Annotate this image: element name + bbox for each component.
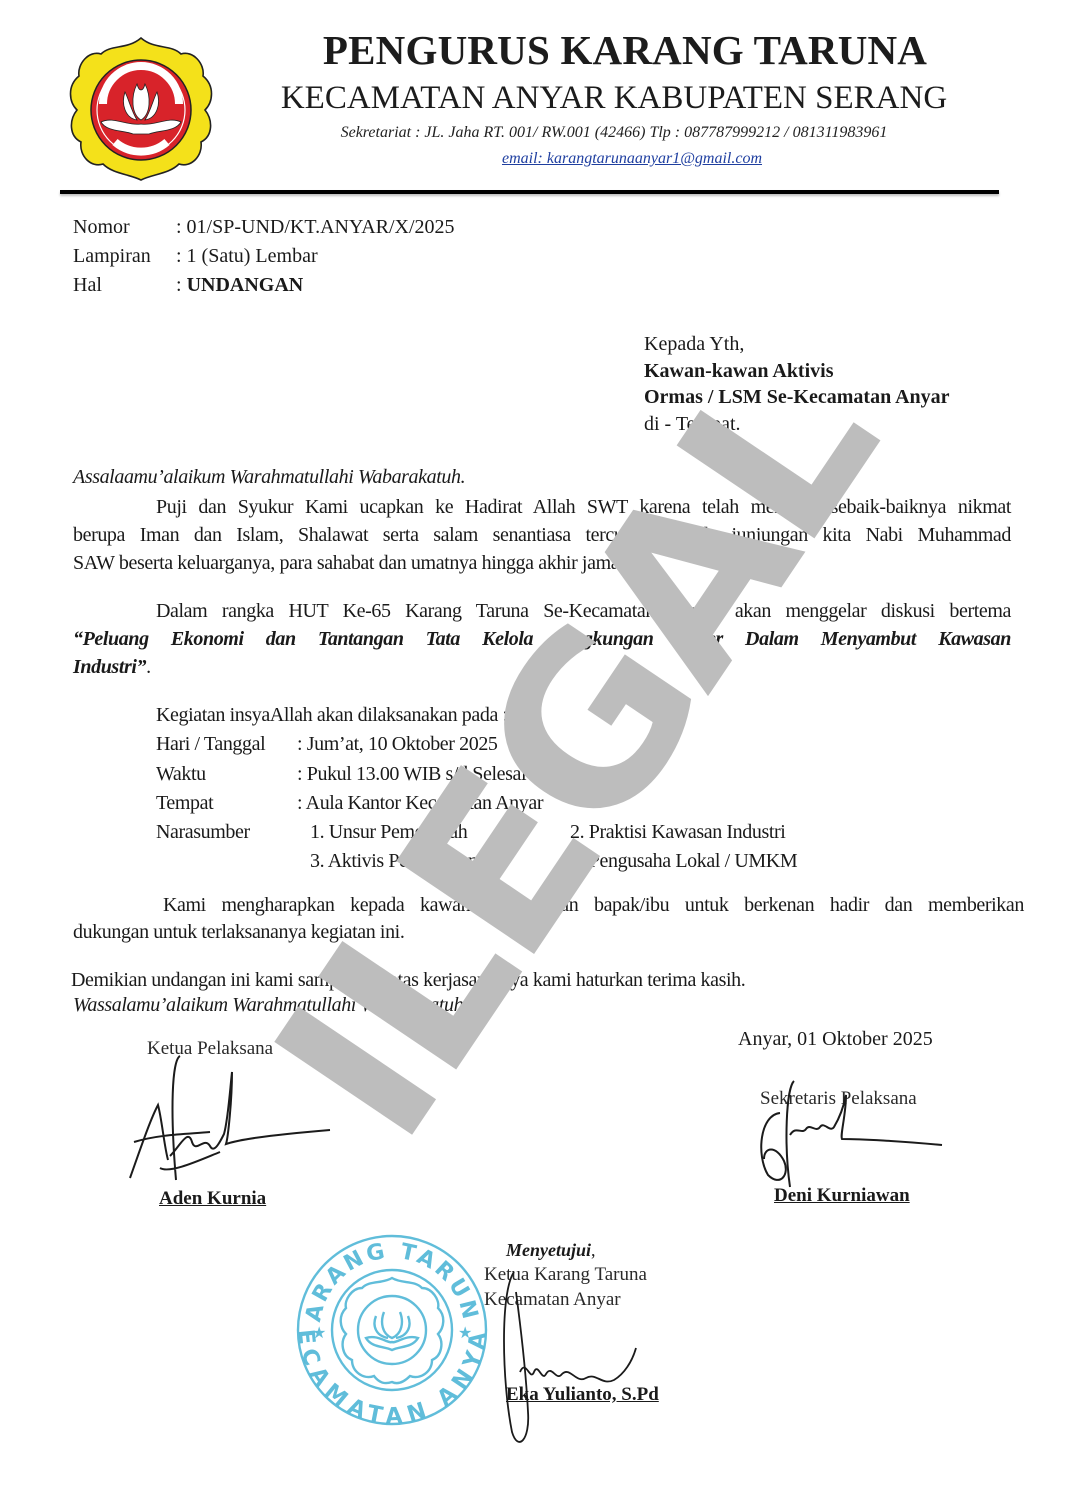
- paragraph-1-line-3: SAW beserta keluarganya, para sahabat da…: [73, 552, 633, 575]
- signature-left-icon: [120, 1050, 340, 1190]
- paragraph-1-line-1: Puji dan Syukur Kami ucapkan ke Hadirat …: [156, 496, 1011, 519]
- paragraph-3-line-1: Kami mengharapkan kepada kawan semua dan…: [163, 894, 1024, 917]
- event-value-time: : Pukul 13.00 WIB s/d Selesai: [297, 763, 526, 786]
- svg-text:★: ★: [458, 1323, 472, 1342]
- meta-hal-subject: UNDANGAN: [187, 274, 304, 296]
- speaker-2: 2. Praktisi Kawasan Industri: [570, 821, 785, 844]
- meta-hal-prefix: :: [176, 274, 187, 296]
- paragraph-1-line-2: berupa Iman dan Islam, Shalawat serta sa…: [73, 524, 1011, 547]
- event-label-place: Tempat: [156, 792, 213, 815]
- event-label-date: Hari / Tanggal: [156, 733, 265, 756]
- signature-approver-icon: [490, 1262, 650, 1452]
- meta-label-hal: Hal: [73, 274, 102, 297]
- recipient-line-3: di - Tempat.: [644, 413, 741, 436]
- event-label-time: Waktu: [156, 763, 206, 786]
- paragraph-2-line-1: Dalam rangka HUT Ke-65 Karang Taruna Se-…: [156, 600, 1011, 623]
- closing-statement: Demikian undangan ini kami sampaikan, at…: [71, 969, 745, 992]
- meta-value-lampiran: : 1 (Satu) Lembar: [176, 245, 318, 268]
- org-address: Sekretariat : JL. Jaha RT. 001/ RW.001 (…: [0, 124, 1080, 142]
- meta-value-hal: : UNDANGAN: [176, 274, 303, 297]
- event-value-place: : Aula Kantor Kecamatan Anyar: [297, 792, 543, 815]
- salutation-open: Assalaamu’alaikum Warahmatullahi Wabarak…: [73, 466, 465, 489]
- speaker-3: 3. Aktivis Pemuda Anyer: [310, 850, 502, 873]
- recipient-greeting: Kepada Yth,: [644, 333, 744, 356]
- meta-label-nomor: Nomor: [73, 216, 130, 239]
- org-subtitle: KECAMATAN ANYAR KABUPATEN SERANG: [0, 80, 1080, 117]
- signature-right-icon: [750, 1075, 950, 1190]
- svg-text:★: ★: [312, 1323, 326, 1342]
- event-label-speakers: Narasumber: [156, 821, 250, 844]
- discussion-theme-line-2: Industri”.: [73, 656, 151, 679]
- approval-heading: Menyetujui,: [506, 1240, 596, 1261]
- letterhead-divider: [60, 190, 999, 194]
- signer-left-name: Aden Kurnia: [159, 1188, 266, 1210]
- discussion-theme-line-1: “Peluang Ekonomi dan Tantangan Tata Kelo…: [73, 628, 1011, 651]
- approver-name: Eka Yulianto, S.Pd: [506, 1384, 659, 1406]
- paragraph-3-line-2: dukungan untuk terlaksananya kegiatan in…: [73, 921, 404, 944]
- speaker-4: 4. Pengusaha Lokal / UMKM: [570, 850, 797, 873]
- karang-taruna-stamp-icon: KARANG TARUNA KECAMATAN ANYAR ★ ★: [292, 1230, 492, 1430]
- recipient-line-1: Kawan-kawan Aktivis: [644, 360, 834, 383]
- event-value-date: : Jum’at, 10 Oktober 2025: [297, 733, 498, 756]
- org-email-link[interactable]: email: karangtarunaanyar1@gmail.com: [0, 150, 1080, 168]
- org-title: PENGURUS KARANG TARUNA: [0, 26, 1080, 74]
- recipient-line-2: Ormas / LSM Se-Kecamatan Anyar: [644, 386, 950, 409]
- salutation-close: Wassalamu’alaikum Warahmatullahi Wabarak…: [73, 994, 468, 1017]
- signer-right-name: Deni Kurniawan: [774, 1185, 910, 1207]
- meta-value-nomor: : 01/SP-UND/KT.ANYAR/X/2025: [176, 216, 455, 239]
- event-intro: Kegiatan insyaAllah akan dilaksanakan pa…: [156, 704, 508, 727]
- speaker-1: 1. Unsur Pemerintah: [310, 821, 467, 844]
- meta-label-lampiran: Lampiran: [73, 245, 151, 268]
- svg-text:KARANG TARUNA: KARANG TARUNA: [292, 1230, 483, 1324]
- place-date: Anyar, 01 Oktober 2025: [738, 1028, 933, 1051]
